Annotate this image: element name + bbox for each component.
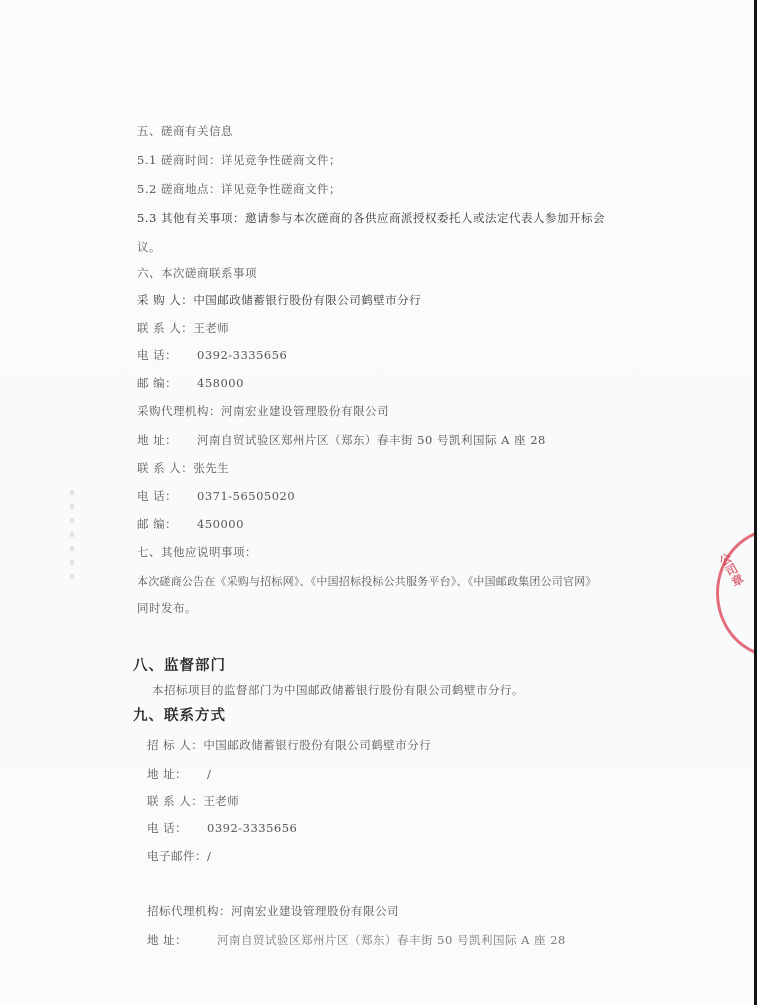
tenderer-contact-value: 王老师 (203, 794, 239, 808)
tenderer-phone-label: 电 话： (147, 820, 207, 836)
tender-agency-address-value: 河南自贸试验区郑州片区（郑东）春丰街 50 号凯利国际 A 座 28 (217, 933, 566, 947)
tenderer-address-value: / (207, 767, 211, 781)
agency-postcode-label: 邮 编： (137, 516, 197, 532)
tenderer-contact-label: 联 系 人： (147, 793, 203, 809)
tender-agency-row: 招标代理机构：河南宏业建设管理股份有限公司 (147, 903, 399, 919)
section-5-item-2: 5.2 磋商地点：详见竞争性磋商文件； (137, 181, 341, 197)
agency-phone-label: 电 话： (137, 488, 197, 504)
seal-ring (716, 528, 757, 658)
tender-agency-address-row: 地 址：河南自贸试验区郑州片区（郑东）春丰街 50 号凯利国际 A 座 28 (147, 932, 566, 948)
agency-postcode-row: 邮 编：450000 (137, 516, 244, 532)
purchaser-phone-value: 0392-3335656 (197, 348, 287, 362)
tenderer-email-label: 电子邮件： (147, 848, 207, 864)
section-7-line-1: 本次磋商公告在《采购与招标网》、《中国招标投标公共服务平台》、《中国邮政集团公司… (137, 573, 597, 589)
tenderer-contact-row: 联 系 人：王老师 (147, 793, 239, 809)
section-8-title: 八、监督部门 (133, 654, 226, 675)
purchaser-row: 采 购 人：中国邮政储蓄银行股份有限公司鹤壁市分行 (137, 292, 421, 308)
purchaser-label: 采 购 人： (137, 292, 193, 308)
tenderer-email-row: 电子邮件：/ (147, 848, 211, 864)
tenderer-value: 中国邮政储蓄银行股份有限公司鹤壁市分行 (203, 738, 431, 752)
section-6-title: 六、本次磋商联系事项 (137, 265, 257, 281)
agency-contact-row: 联 系 人：张先生 (137, 460, 229, 476)
section-5-item-1: 5.1 磋商时间：详见竞争性磋商文件； (137, 152, 341, 168)
tenderer-label: 招 标 人： (147, 737, 203, 753)
purchaser-contact-row: 联 系 人：王老师 (137, 320, 229, 336)
tenderer-address-row: 地 址：/ (147, 766, 211, 782)
section-7-title: 七、其他应说明事项： (137, 544, 257, 560)
tenderer-row: 招 标 人：中国邮政储蓄银行股份有限公司鹤壁市分行 (147, 737, 431, 753)
official-seal-stamp: 公司章 (706, 520, 757, 670)
section-9-title: 九、联系方式 (133, 704, 226, 725)
section-8-text: 本招标项目的监督部门为中国邮政储蓄银行股份有限公司鹤壁市分行。 (152, 682, 524, 698)
purchaser-postcode-label: 邮 编： (137, 375, 197, 391)
agency-address-row: 地 址：河南自贸试验区郑州片区（郑东）春丰街 50 号凯利国际 A 座 28 (137, 432, 546, 448)
purchaser-contact-label: 联 系 人： (137, 320, 193, 336)
section-7-line-2: 同时发布。 (137, 600, 197, 616)
agency-value: 河南宏业建设管理股份有限公司 (221, 404, 389, 418)
agency-address-value: 河南自贸试验区郑州片区（郑东）春丰街 50 号凯利国际 A 座 28 (197, 433, 546, 447)
agency-address-label: 地 址： (137, 432, 197, 448)
agency-row: 采购代理机构：河南宏业建设管理股份有限公司 (137, 403, 389, 419)
document-page: 五、磋商有关信息 5.1 磋商时间：详见竞争性磋商文件； 5.2 磋商地点：详见… (0, 0, 754, 1005)
tenderer-phone-row: 电 话：0392-3335656 (147, 820, 297, 836)
tender-agency-label: 招标代理机构： (147, 903, 231, 919)
agency-postcode-value: 450000 (197, 517, 244, 531)
section-5-item-3-cont: 议。 (137, 239, 161, 255)
agency-phone-value: 0371-56505020 (197, 489, 295, 503)
purchaser-phone-label: 电 话： (137, 347, 197, 363)
purchaser-postcode-value: 458000 (197, 376, 244, 390)
agency-contact-value: 张先生 (193, 461, 229, 475)
agency-contact-label: 联 系 人： (137, 460, 193, 476)
tenderer-phone-value: 0392-3335656 (207, 821, 297, 835)
tender-agency-address-label: 地 址： (147, 932, 217, 948)
purchaser-phone-row: 电 话：0392-3335656 (137, 347, 287, 363)
agency-phone-row: 电 话：0371-56505020 (137, 488, 295, 504)
tender-agency-value: 河南宏业建设管理股份有限公司 (231, 904, 399, 918)
section-5-title: 五、磋商有关信息 (137, 123, 233, 139)
tenderer-address-label: 地 址： (147, 766, 207, 782)
section-5-item-3: 5.3 其他有关事项：邀请参与本次磋商的各供应商派授权委托人或法定代表人参加开标… (137, 210, 605, 226)
purchaser-value: 中国邮政储蓄银行股份有限公司鹤壁市分行 (193, 293, 421, 307)
purchaser-postcode-row: 邮 编：458000 (137, 375, 244, 391)
margin-binding-mark (70, 490, 74, 580)
purchaser-contact-value: 王老师 (193, 321, 229, 335)
tenderer-email-value: / (207, 849, 211, 863)
agency-label: 采购代理机构： (137, 403, 221, 419)
